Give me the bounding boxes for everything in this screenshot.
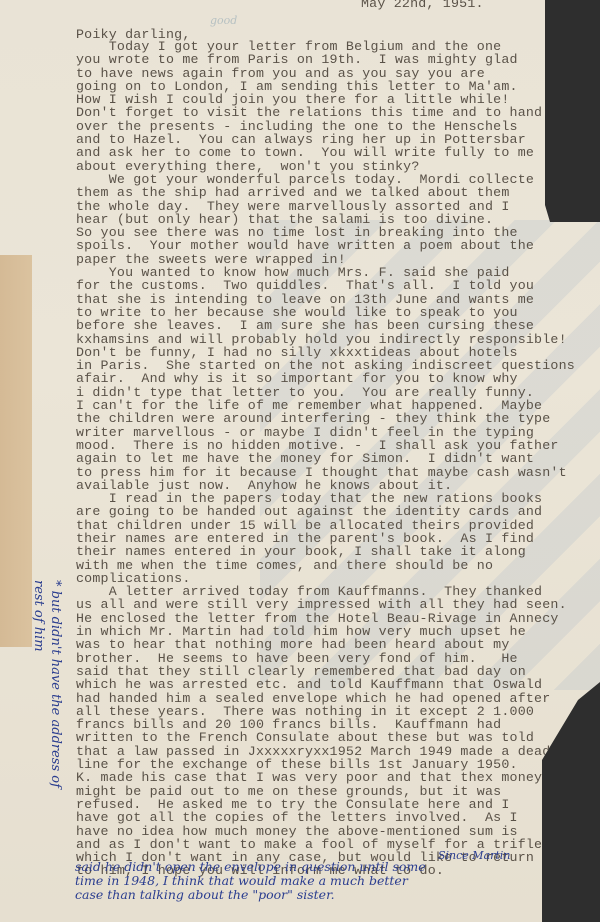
letter-line: was to hear that nothing more had been h… [76,638,596,651]
letter-line: So you see there was no time lost in bre… [76,226,596,239]
handwritten-insert: Since Martin [438,849,510,862]
letter-line: available just now. Anyhow he knows abou… [76,479,596,492]
letter-line: their names entered in your book, I shal… [76,545,596,558]
letter-line: to have news again from you and as you s… [76,67,596,80]
letter-body: Today I got your letter from Belgium and… [76,40,596,878]
letter-line: going on to London, I am sending this le… [76,80,596,93]
letter-line: us all and were still very impressed wit… [76,598,596,611]
letter-line: kxhamsins and will probably hold you ind… [76,333,596,346]
letter-line: to press him for it because I thought th… [76,466,596,479]
margin-note: * but didn't have the address ofrest of … [30,580,64,788]
letter-line: spoils. Your mother would have written a… [76,239,596,252]
letter-line: might be paid out to me on these grounds… [76,785,596,798]
letter-line: had handed him a sealed envelope which h… [76,692,596,705]
letter-line: afair. And why is it so important for yo… [76,372,596,385]
letter-line: to write to her because she would like t… [76,306,596,319]
ghost-handwriting: good [210,14,237,27]
letter-line: mood. There is no hidden motive. - I sha… [76,439,596,452]
letter-line: and as I don't want to make a fool of my… [76,838,596,851]
letter-line: written to the French Consulate about th… [76,731,596,744]
margin-note-line: rest of him [30,580,47,788]
letter-line: that children under 15 will be allocated… [76,519,596,532]
letter-line: brother. He seems to have been very fond… [76,652,596,665]
tape-strip [0,255,32,647]
letter-line: that she is intending to leave on 13th J… [76,293,596,306]
letter-line: again to let me have the money for Simon… [76,452,596,465]
letter-line: for the customs. Two quiddles. That's al… [76,279,596,292]
letter-line: over the presents - including the one to… [76,120,596,133]
letter-line: and ask her to come to town. You will wr… [76,146,596,159]
letter-line: We got your wonderful parcels today. Mor… [76,173,596,186]
handwritten-line: said he didn't open the envelope in ques… [75,860,426,874]
letter-line: have no idea how much money the above-me… [76,825,596,838]
letter-line: Don't forget to visit the relations this… [76,106,596,119]
letter-line: which he was arrested etc. and told Kauf… [76,678,596,691]
letter-line: that a law passed in Jxxxxxryxx1952 Marc… [76,745,596,758]
letter-line: hear (but only hear) that the salami is … [76,213,596,226]
letter-line: are going to be handed out against the i… [76,505,596,518]
letter-line: Today I got your letter from Belgium and… [76,40,596,53]
letter-line: How I wish I could join you there for a … [76,93,596,106]
letter-line: you wrote to me from Paris on 19th. I wa… [76,53,596,66]
letter-line: paper the sweets were wrapped in! [76,253,596,266]
letter-line: Don't be funny, I had no silly xkxxtidea… [76,346,596,359]
letter-line: in Paris. She started on the not asking … [76,359,596,372]
handwritten-line: time in 1948, I think that would make a … [75,874,426,888]
letter-line: You wanted to know how much Mrs. F. said… [76,266,596,279]
letter-line: He enclosed the letter from the Hotel Be… [76,612,596,625]
letter-line: the children were around interfering - t… [76,412,596,425]
letter-date: May 22nd, 1951. [361,0,484,10]
letter-line: with me when the time comes, and there s… [76,559,596,572]
letter-line: line for the exchange of these bills 1st… [76,758,596,771]
letter-line: refused. He asked me to try the Consulat… [76,798,596,811]
letter-line: in which Mr. Martin had told him how ver… [76,625,596,638]
letter-line: their names are entered in the parent's … [76,532,596,545]
handwritten-line: case than talking about the "poor" siste… [75,888,426,902]
letter-line: said that they still clearly remembered … [76,665,596,678]
letter-page: good May 22nd, 1951. Poiky darling, Toda… [0,0,600,922]
letter-line: A letter arrived today from Kauffmanns. … [76,585,596,598]
letter-line: francs bills and 20 100 francs bills. Ka… [76,718,596,731]
letter-line: K. made his case that I was very poor an… [76,771,596,784]
letter-line: have got all the copies of the letters i… [76,811,596,824]
letter-line: complications. [76,572,596,585]
handwritten-note: said he didn't open the envelope in ques… [75,860,426,902]
letter-line: writer marvellous - or maybe I didn't fe… [76,426,596,439]
letter-line: i didn't type that letter to you. You ar… [76,386,596,399]
letter-line: all these years. There was nothing in it… [76,705,596,718]
letter-line: the whole day. They were marvellously as… [76,200,596,213]
letter-line: I read in the papers today that the new … [76,492,596,505]
letter-line: and to Hazel. You can always ring her up… [76,133,596,146]
margin-note-line: * but didn't have the address of [47,580,64,788]
letter-line: about everything there, won't you stinky… [76,160,596,173]
letter-line: I can't for the life of me remember what… [76,399,596,412]
letter-line: them as the ship had arrived and we talk… [76,186,596,199]
letter-line: before she leaves. I am sure she has bee… [76,319,596,332]
